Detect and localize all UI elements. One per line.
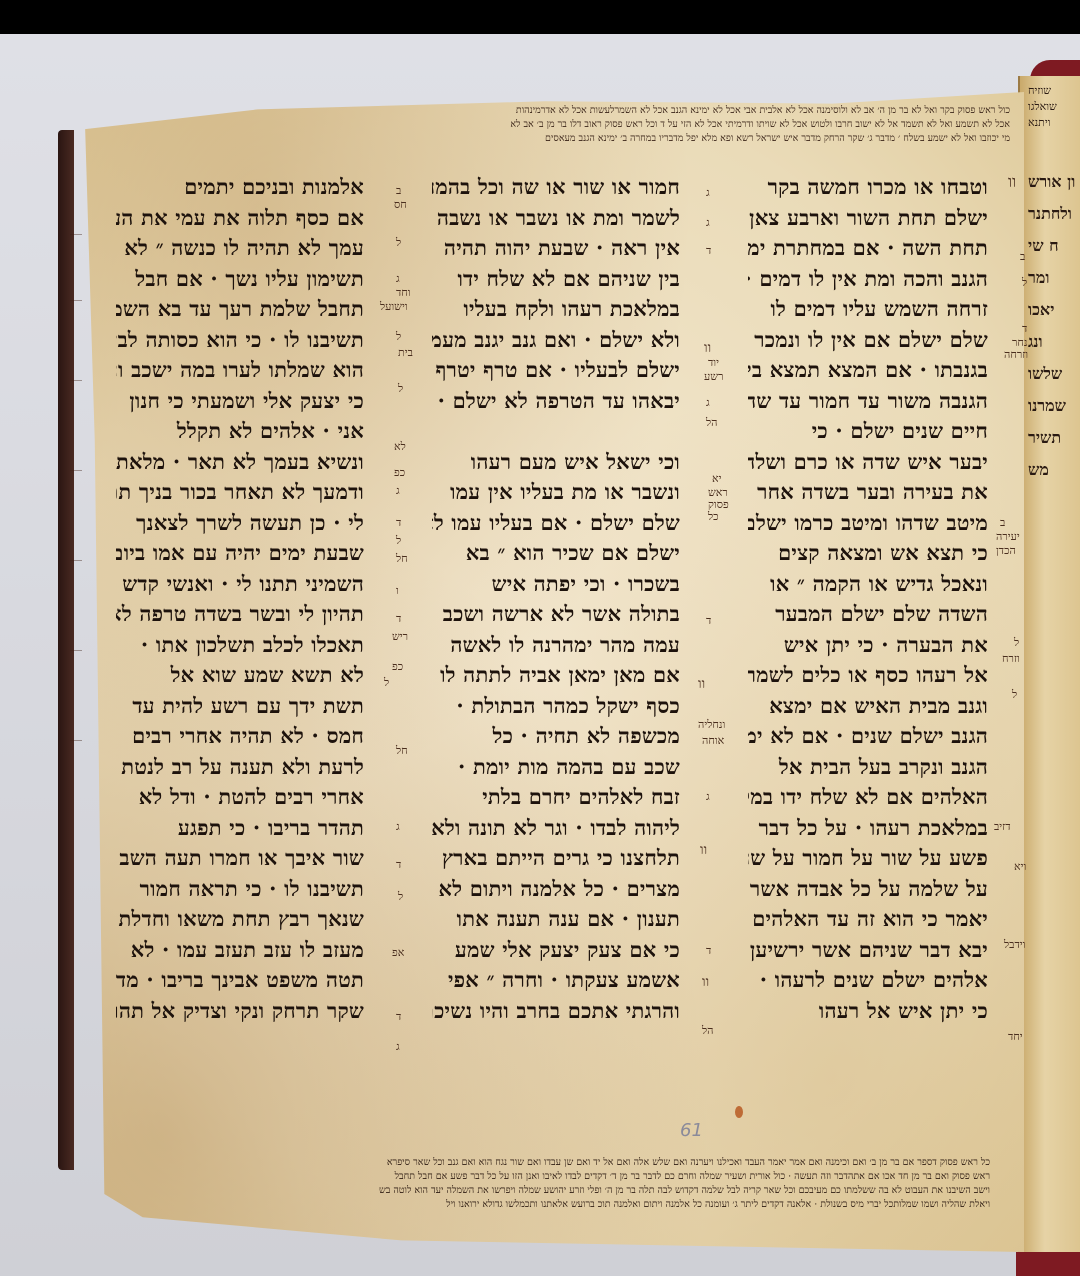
text-line: האלהים אם לא שלח ידו במלא bbox=[748, 782, 988, 813]
margin-note: ד bbox=[396, 516, 401, 529]
margin-note: ל bbox=[1022, 276, 1027, 289]
margin-note: ד bbox=[396, 612, 401, 625]
text-line: ולא ישלם · ואם גנב יגנב מעמו bbox=[432, 325, 680, 356]
text-line: כי אם צעק יצעק אלי שמע bbox=[432, 935, 680, 966]
margin-note: ג bbox=[706, 186, 710, 199]
text-line: הגנבה משור עד חמור עד שה bbox=[748, 386, 988, 417]
text-column-left: אלמנות ובניכם יתמים אם כסף תלוה את עמי א… bbox=[116, 172, 364, 1026]
masora-magna-top: כול ראש פסוק בקר ואל לא בר מן ה׳ אב לא ו… bbox=[130, 104, 1010, 146]
margin-note: ל bbox=[1012, 688, 1017, 701]
text-line: בגנבתו · אם המצא תמצא בידו bbox=[748, 355, 988, 386]
margin-note: בית bbox=[398, 346, 413, 359]
margin-note: ב bbox=[396, 184, 401, 197]
margin-note: כל bbox=[708, 510, 719, 523]
text-line: יבער איש שדה או כרם ושלח bbox=[748, 447, 988, 478]
text-line: תלחצנו כי גרים הייתם בארץ bbox=[432, 843, 680, 874]
text-line: תשת ידך עם רשע להית עד bbox=[116, 691, 364, 722]
text-line: הגנב ונקרב בעל הבית אל bbox=[748, 752, 988, 783]
margin-note: ל bbox=[396, 236, 401, 249]
margin-note: וחד bbox=[396, 286, 411, 299]
masora-line: כול ראש פסוק בקר ואל לא בר מן ה׳ אב לא ו… bbox=[130, 104, 1010, 118]
text-line: עמך לא תהיה לו כנשה ״ לא bbox=[116, 233, 364, 264]
facing-page: שוזיח שואלגו ויתנא ון אורש ולחתנר ח שי ו… bbox=[1018, 76, 1080, 1266]
text-line: תהדר בריבו · כי תפגע bbox=[116, 813, 364, 844]
margin-note: ריש bbox=[392, 630, 408, 643]
text-line: שלם ישלם אם אין לו ונמכר bbox=[748, 325, 988, 356]
text-line: שור איבך או חמרו תעה השב bbox=[116, 843, 364, 874]
text-line: וכי ישאל איש מעם רעהו bbox=[432, 447, 680, 478]
margin-note: יא bbox=[712, 472, 722, 485]
text-line: תטה משפט אבינך בריבו · מדבר bbox=[116, 965, 364, 996]
edge-mark bbox=[70, 470, 82, 471]
margin-note: ל bbox=[396, 330, 401, 343]
margin-note: ל bbox=[398, 890, 403, 903]
margin-note: הכדן bbox=[996, 544, 1016, 557]
text-line: ונשיא בעמך לא תאר · מלאתך bbox=[116, 447, 364, 478]
text-line: אם כסף תלוה את עמי את העני bbox=[116, 203, 364, 234]
text-line-blank bbox=[432, 416, 680, 447]
text-line: יאמר כי הוא זה עד האלהים bbox=[748, 904, 988, 935]
margin-note: ל bbox=[398, 382, 403, 395]
margin-note: ב bbox=[1000, 516, 1005, 529]
margin-note: ד bbox=[396, 1010, 401, 1023]
text-line: אין ראה · שבעת יהוה תהיה bbox=[432, 233, 680, 264]
margin-note: ו bbox=[396, 584, 399, 597]
facing-fragment: יאכו bbox=[1028, 300, 1054, 320]
margin-note: ל bbox=[1014, 636, 1019, 649]
margin-note: ונחליה bbox=[698, 718, 725, 731]
text-line: תשיבנו לו · כי הוא כסותה לבדה bbox=[116, 325, 364, 356]
margin-note: כפ bbox=[392, 660, 403, 673]
text-column-right: וטבחו או מכרו חמשה בקר ישלם תחת השור ואר… bbox=[748, 172, 988, 1026]
text-line: וטבחו או מכרו חמשה בקר bbox=[748, 172, 988, 203]
text-column-middle: חמור או שור או שה וכל בהמה לשמר ומת או נ… bbox=[432, 172, 680, 1026]
text-line: יבאהו עד הטרפה לא ישלם · bbox=[432, 386, 680, 417]
edge-mark bbox=[70, 234, 82, 235]
margin-note: ד bbox=[706, 614, 711, 627]
edge-mark bbox=[70, 300, 82, 301]
text-line: תחת השה · אם במחתרת ימצא bbox=[748, 233, 988, 264]
margin-note: ויא bbox=[1014, 860, 1026, 873]
top-black-bar bbox=[0, 0, 1080, 34]
margin-note: ד bbox=[706, 244, 711, 257]
margin-note: וזרחה bbox=[1004, 348, 1028, 361]
margin-note: וו bbox=[698, 676, 705, 693]
text-line: הוא שמלתו לערו במה ישכב והיה bbox=[116, 355, 364, 386]
text-line: בשכרו · וכי יפתה איש bbox=[432, 569, 680, 600]
text-line: לשמר ומת או נשבר או נשבה bbox=[432, 203, 680, 234]
text-line: הגנב ישלם שנים · אם לא ימצא bbox=[748, 721, 988, 752]
margin-note: דזיב bbox=[994, 820, 1011, 833]
margin-note: אוחה bbox=[702, 734, 724, 747]
text-line: עמה מהר ימהרנה לו לאשה bbox=[432, 630, 680, 661]
text-line: שלם ישלם · אם בעליו עמו לא bbox=[432, 508, 680, 539]
margin-note: וו bbox=[704, 340, 711, 357]
margin-note: כפ bbox=[394, 466, 405, 479]
margin-note: חל bbox=[396, 744, 408, 757]
margin-note: ד bbox=[396, 858, 401, 871]
text-line: ישלם תחת השור וארבע צאן bbox=[748, 203, 988, 234]
masora-line: ראש פסוק ואם בר מן חד אכו אם אתהדבר וזה … bbox=[120, 1170, 990, 1184]
margin-note: וידבל bbox=[1004, 938, 1025, 951]
margin-note: ג bbox=[396, 272, 400, 285]
facing-fragment: ולחתנר bbox=[1028, 204, 1072, 224]
text-line: תשימון עליו נשך · אם חבל bbox=[116, 264, 364, 295]
text-line: לרעת ולא תענה על רב לנטת bbox=[116, 752, 364, 783]
margin-note: יוד bbox=[708, 356, 719, 369]
facing-fragment: ומר bbox=[1028, 268, 1049, 288]
margin-note: הל bbox=[702, 1024, 713, 1037]
text-line: הגנב והכה ומת אין לו דמים · אם bbox=[748, 264, 988, 295]
facing-fragment: שמרנו bbox=[1028, 396, 1066, 416]
margin-note: ב bbox=[1020, 250, 1025, 263]
text-line: בין שניהם אם לא שלח ידו bbox=[432, 264, 680, 295]
text-line: מיטב שדהו ומיטב כרמו ישלם · bbox=[748, 508, 988, 539]
text-line: זרחה השמש עליו דמים לו bbox=[748, 294, 988, 325]
margin-note: ג bbox=[396, 1040, 400, 1053]
text-line: וגנב מבית האיש אם ימצא bbox=[748, 691, 988, 722]
facing-fragment: ונג bbox=[1028, 332, 1043, 352]
text-line: כי תצא אש ומצאה קצים bbox=[748, 538, 988, 569]
text-line: לי · כן תעשה לשרך לצאנך bbox=[116, 508, 364, 539]
text-line: השמיני תתנו לי · ואנשי קדש bbox=[116, 569, 364, 600]
text-line: במלאכת רעהו · על כל דבר bbox=[748, 813, 988, 844]
margin-note: ד bbox=[1022, 322, 1027, 335]
text-line: כי יצעק אלי ושמעתי כי חנון bbox=[116, 386, 364, 417]
text-line: פשע על שור על חמור על שה bbox=[748, 843, 988, 874]
margin-note: וישועל bbox=[380, 300, 408, 313]
text-line: חיים שנים ישלם · כי bbox=[748, 416, 988, 447]
text-line: את בעירה ובער בשדה אחר bbox=[748, 477, 988, 508]
text-line: לא תשא שמע שוא אל bbox=[116, 660, 364, 691]
text-line: כסף ישקל כמהר הבתולת · bbox=[432, 691, 680, 722]
text-line: תענון · אם ענה תענה אתו bbox=[432, 904, 680, 935]
margin-note: וו bbox=[702, 974, 709, 991]
margin-note: יחד bbox=[1008, 1030, 1023, 1043]
text-line: יבא דבר שניהם אשר ירשיען bbox=[748, 935, 988, 966]
margin-note: ג bbox=[706, 396, 710, 409]
masora-line: מי יכוזבו ואל לא ישמע בשלח ׳ מדבר ג׳ שקר… bbox=[130, 132, 1010, 146]
facing-fragment: שואלגו bbox=[1028, 100, 1057, 113]
facing-fragment: ויתנא bbox=[1028, 116, 1051, 129]
text-line: ודמעך לא תאחר בכור בניך תתן bbox=[116, 477, 364, 508]
margin-note: ד bbox=[706, 944, 711, 957]
margin-note: לא bbox=[394, 440, 406, 453]
text-line: אלהים ישלם שנים לרעהו · bbox=[748, 965, 988, 996]
margin-note: ג bbox=[396, 484, 400, 497]
text-line: ונשבר או מת בעליו אין עמו bbox=[432, 477, 680, 508]
text-line: תהיון לי ובשר בשדה טרפה לא bbox=[116, 599, 364, 630]
text-line: אני · אלהים לא תקלל bbox=[116, 416, 364, 447]
text-line: ליהוה לבדו · וגר לא תונה ולא bbox=[432, 813, 680, 844]
text-line: מצרים · כל אלמנה ויתום לא bbox=[432, 874, 680, 905]
masora-line: אכל לא תשמע ואל לא תשמד אל לא ישוב חרבו … bbox=[130, 118, 1010, 132]
text-line: מעזב לו עזב תעזב עמו · לא bbox=[116, 935, 364, 966]
margin-note: ג bbox=[396, 820, 400, 833]
text-line: שבעת ימים יהיה עם אמו ביום bbox=[116, 538, 364, 569]
text-line: זבח לאלהים יחרם בלתי bbox=[432, 782, 680, 813]
text-line: והרגתי אתכם בחרב והיו נשיכם bbox=[432, 996, 680, 1027]
edge-mark bbox=[70, 650, 82, 651]
facing-fragment: ון אורש bbox=[1028, 172, 1075, 192]
margin-note: רשע bbox=[704, 370, 723, 383]
margin-note: אפ bbox=[392, 946, 404, 959]
text-line: מכשפה לא תחיה · כל bbox=[432, 721, 680, 752]
text-line: כי יתן איש אל רעהו bbox=[748, 996, 988, 1027]
text-line: חמור או שור או שה וכל בהמה bbox=[432, 172, 680, 203]
text-line: ונאכל גדיש או הקמה ״ או bbox=[748, 569, 988, 600]
text-line: את הבערה · כי יתן איש bbox=[748, 630, 988, 661]
text-line: אל רעהו כסף או כלים לשמר bbox=[748, 660, 988, 691]
text-line: אשמע צעקתו · וחרה ״ אפי bbox=[432, 965, 680, 996]
margin-note: ג bbox=[706, 216, 710, 229]
edge-mark bbox=[70, 740, 82, 741]
edge-mark bbox=[70, 380, 82, 381]
margin-note: חל bbox=[396, 552, 408, 565]
text-line: במלאכת רעהו ולקח בעליו bbox=[432, 294, 680, 325]
text-line: תאכלו לכלב תשלכון אתו · bbox=[116, 630, 364, 661]
text-line: שקר תרחק ונקי וצדיק אל תהרג bbox=[116, 996, 364, 1027]
margin-note: הל bbox=[706, 416, 717, 429]
binding-bottom-red bbox=[1016, 1252, 1080, 1276]
facing-fragment: תשיר bbox=[1028, 428, 1061, 448]
text-line: אלמנות ובניכם יתמים bbox=[116, 172, 364, 203]
text-line: שכב עם בהמה מות יומת · bbox=[432, 752, 680, 783]
margin-note: וו bbox=[700, 842, 707, 859]
text-line: השדה שלם ישלם המבער bbox=[748, 599, 988, 630]
text-line: תחבל שלמת רעך עד בא השמש bbox=[116, 294, 364, 325]
margin-note: וו bbox=[1008, 172, 1016, 192]
text-line: תשיבנו לו · כי תראה חמור bbox=[116, 874, 364, 905]
text-line: אחרי רבים להטת · ודל לא bbox=[116, 782, 364, 813]
masora-magna-bottom: כל ראש פסוק דספר אם בר מן ב׳ ואם וכימנה … bbox=[120, 1156, 990, 1212]
text-line: אם מאן ימאן אביה לתתה לו bbox=[432, 660, 680, 691]
masora-line: ויאלת שהליה ושמו שמלותכל יברי מיס בשנולת… bbox=[120, 1198, 990, 1212]
margin-note: ל bbox=[396, 534, 401, 547]
text-line: בתולה אשר לא ארשה ושכב bbox=[432, 599, 680, 630]
margin-note: חס bbox=[394, 198, 407, 211]
margin-note: ג bbox=[706, 790, 710, 803]
edge-mark bbox=[70, 560, 82, 561]
masora-line: כל ראש פסוק דספר אם בר מן ב׳ ואם וכימנה … bbox=[120, 1156, 990, 1170]
facing-fragment: שוזיח bbox=[1028, 84, 1051, 97]
ink-stain bbox=[735, 1106, 743, 1118]
margin-note: וזרח bbox=[1002, 652, 1020, 665]
text-line: על שלמה על כל אבדה אשר bbox=[748, 874, 988, 905]
text-line: ישלם לבעליו · אם טרף יטרף bbox=[432, 355, 680, 386]
folio-number: 61 bbox=[680, 1120, 703, 1141]
text-line: שנאך רבץ תחת משאו וחדלת bbox=[116, 904, 364, 935]
masora-line: וישב השיבנו את העבוט לא בה ששלמתו כם מעי… bbox=[120, 1184, 990, 1198]
text-line: חמס · לא תהיה אחרי רבים bbox=[116, 721, 364, 752]
facing-fragment: מש bbox=[1028, 460, 1049, 480]
margin-note: יעירה bbox=[996, 530, 1020, 543]
facing-fragment: שלשו bbox=[1028, 364, 1062, 384]
facing-fragment: ח שי bbox=[1028, 236, 1059, 256]
margin-note: ל bbox=[384, 676, 389, 689]
text-line: ישלם אם שכיר הוא ״ בא bbox=[432, 538, 680, 569]
